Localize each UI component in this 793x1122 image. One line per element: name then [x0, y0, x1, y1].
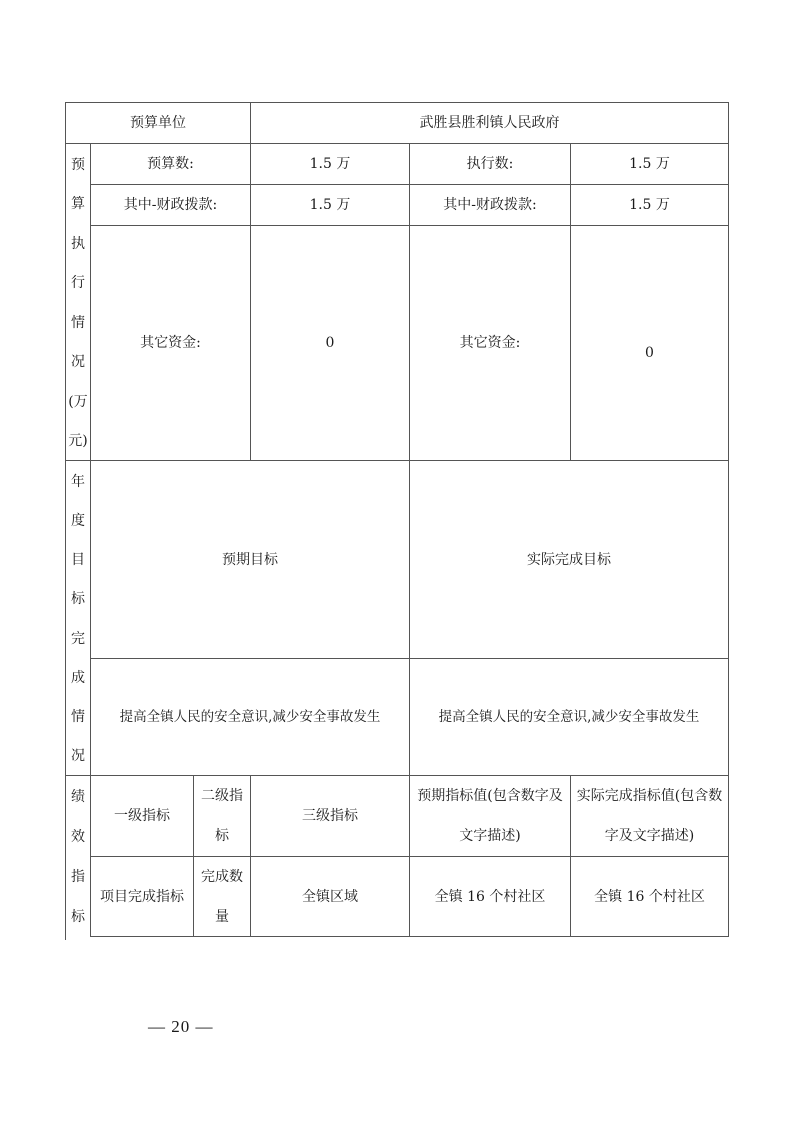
label-char: 成	[71, 667, 85, 687]
fiscal-allocation-executed-value: 1.5 万	[571, 185, 728, 225]
label-char: 预	[71, 154, 85, 174]
page-number: — 20 —	[148, 1017, 214, 1037]
other-funds-executed-label: 其它资金:	[410, 226, 570, 460]
budget-unit-value: 武胜县胜利镇人民政府	[251, 103, 728, 143]
level1-indicator-value: 项目完成指标	[91, 857, 193, 936]
expected-goal-text: 提高全镇人民的安全意识,减少安全事故发生	[91, 659, 409, 775]
fiscal-allocation-value: 1.5 万	[251, 185, 409, 225]
label-char: 算	[71, 193, 85, 213]
goals-section-label: 年 度 目 标 完 成 情 况	[66, 461, 90, 775]
label-char: 况	[71, 745, 85, 765]
budget-amount-value: 1.5 万	[251, 144, 409, 184]
label-char: 目	[71, 549, 85, 569]
label-char: 执	[71, 233, 85, 253]
level2-indicator-header: 二级指标	[194, 776, 250, 856]
other-funds-executed-value: 0	[571, 236, 728, 470]
expected-goal-header: 预期目标	[91, 461, 409, 658]
level3-indicator-header: 三级指标	[251, 776, 409, 856]
label-char: 标	[71, 588, 85, 608]
level3-indicator-value: 全镇区域	[251, 857, 409, 936]
expected-indicator-header: 预期指标值(包含数字及文字描述)	[410, 776, 570, 856]
budget-unit-label: 预算单位	[66, 103, 250, 143]
label-char: (万	[68, 391, 87, 411]
actual-goal-text: 提高全镇人民的安全意识,减少安全事故发生	[410, 659, 728, 775]
budget-section-label: 预 算 执 行 情 况 (万 元)	[66, 144, 90, 460]
expected-indicator-value: 全镇 16 个村社区	[410, 857, 570, 936]
fiscal-allocation-label: 其中-财政拨款:	[91, 185, 250, 225]
level2-indicator-value: 完成数量	[194, 857, 250, 936]
budget-amount-label: 预算数:	[91, 144, 250, 184]
label-char: 年	[71, 471, 85, 491]
other-funds-label: 其它资金:	[91, 226, 250, 460]
fiscal-allocation-executed-label: 其中-财政拨款:	[410, 185, 570, 225]
label-char: 情	[71, 312, 85, 332]
executed-amount-label: 执行数:	[410, 144, 570, 184]
label-char: 行	[71, 272, 85, 292]
other-funds-value: 0	[251, 226, 409, 460]
actual-indicator-header: 实际完成指标值(包含数字及文字描述)	[571, 776, 728, 856]
level1-indicator-header: 一级指标	[91, 776, 193, 856]
label-char: 况	[71, 351, 85, 371]
label-char: 标	[71, 906, 85, 926]
label-char: 情	[71, 706, 85, 726]
actual-goal-header: 实际完成目标	[410, 461, 728, 658]
actual-indicator-value: 全镇 16 个村社区	[571, 857, 728, 936]
indicators-section-label: 绩 效 指 标	[66, 776, 90, 936]
document-page: 预算单位 武胜县胜利镇人民政府 预 算 执 行 情 况 (万 元) 预算数: 1…	[0, 0, 793, 1122]
label-char: 绩	[71, 786, 85, 806]
label-char: 元)	[68, 430, 87, 450]
executed-amount-value: 1.5 万	[571, 144, 728, 184]
label-char: 指	[71, 866, 85, 886]
label-char: 效	[71, 826, 85, 846]
label-char: 度	[71, 510, 85, 530]
label-char: 完	[71, 628, 85, 648]
table-border-right	[728, 102, 729, 937]
